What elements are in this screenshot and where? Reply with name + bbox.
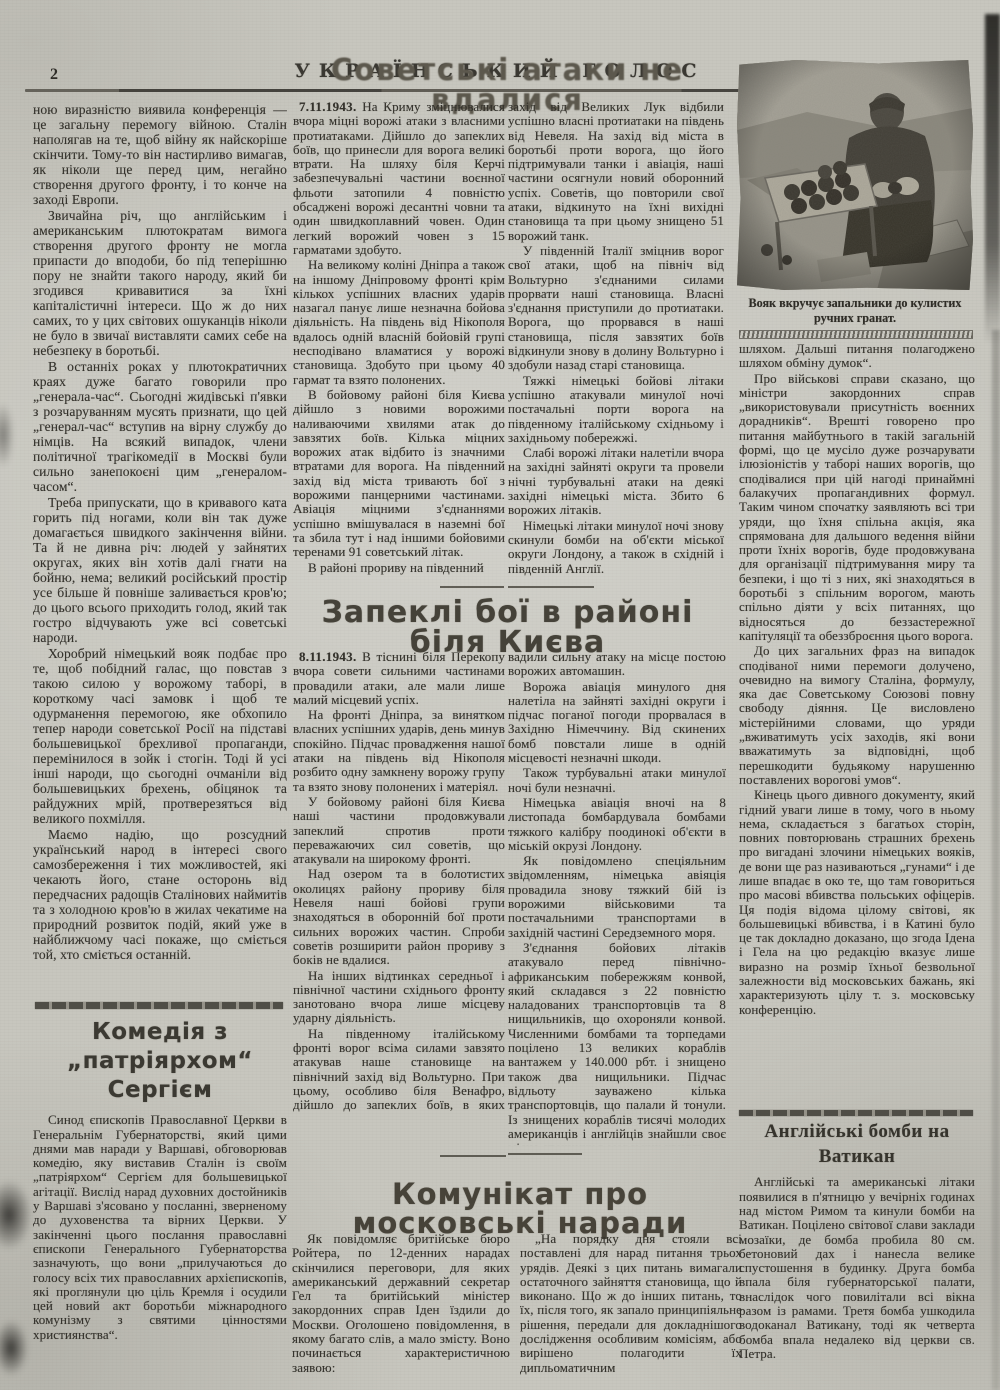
newspaper-page: 2 УКРАЇНСЬКИЙ ГОЛОС Ч. 58 (25) ною вираз… [0, 0, 1000, 1390]
kyiv-battles-col-right: вадили сильну атаку на місце постою воро… [508, 650, 726, 1146]
article-end-rule [508, 1153, 582, 1155]
comedy-headline: Комедія з „патріярхом“ Сергієм [33, 1018, 287, 1104]
paragraph: Маємо надію, що розсудний український на… [33, 827, 287, 962]
paragraph: Англійські та американські літаки появил… [739, 1175, 975, 1361]
paragraph: На інших відтинках середньої і північної… [293, 969, 505, 1026]
scan-blot-artifact [0, 1180, 32, 1250]
paragraph: Кінець цього дивного документу, який гід… [739, 788, 975, 1017]
paragraph: Ворожа авіація минулого дня налетіла на … [508, 680, 726, 766]
paragraph: На великому коліні Дніпра а також на інш… [293, 258, 505, 387]
soviet-attacks-col-right: захід від Великих Лук відбили успішно вл… [508, 100, 724, 578]
photo-caption: Вояк вкручує запальники до кулистих ручн… [735, 296, 975, 327]
moscow-communique-col-left: Як повідомляє бритійське бюро Ройтера, п… [292, 1232, 510, 1388]
scan-edge-artifact [992, 330, 1000, 1390]
article-end-rule [508, 586, 594, 588]
paragraph: Треба припускати, що в кривавого ката го… [33, 495, 287, 645]
paragraph: Німецькі літаки минулої ночі знову скину… [508, 519, 724, 576]
editorial-article: ною виразністю виявила конференція — це … [33, 102, 287, 990]
paragraph: захід від Великих Лук відбили успішно вл… [508, 100, 724, 243]
scan-blot-artifact [0, 1320, 28, 1376]
vatican-article: Англійські бомби на Ватикан Англійські т… [739, 1120, 975, 1388]
paragraph: Як повідомлено спеціяльним звідомленням,… [508, 854, 726, 940]
paragraph: Слабі ворожі літаки налетіли вчора на за… [508, 446, 724, 517]
paragraph: Також турбувальні атаки минулої ночі бул… [508, 766, 726, 795]
paragraph: Над озером та в болотистих околицях райо… [293, 867, 505, 967]
paragraph: У південній Італії зміцнив ворог свої ат… [508, 244, 724, 373]
article-date: 8.11.1943. [299, 650, 357, 664]
editorial-text: ною виразністю виявила конференція — це … [33, 102, 287, 962]
paragraph: „На порядку дня стояли всі поставлені дл… [520, 1232, 742, 1375]
moscow-communique-continuation: шляхом. Дальші питання полагоджено шляхо… [739, 342, 975, 1106]
paragraph: Звичайна річ, що англійським і американс… [33, 208, 287, 358]
vatican-text: Англійські та американські літаки появил… [739, 1175, 975, 1361]
paragraph: До цих загальних фраз на випадок сподіва… [739, 644, 975, 787]
article-end-rule [440, 1155, 506, 1157]
scan-blot-artifact [0, 402, 14, 468]
wavy-divider [739, 330, 973, 339]
article-lead: 8.11.1943. В тіснині біля Перекопу вчора… [293, 650, 505, 707]
vatican-headline: Англійські бомби на Ватикан [739, 1120, 975, 1169]
paragraph: Німецька авіація вночі на 8 листопада бо… [508, 796, 726, 853]
photo-soldier-grenades-image [737, 60, 973, 290]
article-lead: 7.11.1943. На Криму зміцнювалися вчора м… [293, 100, 505, 257]
comedy-text: Синод єпископів Православної Церкви в Ге… [33, 1113, 287, 1342]
paragraph: В районі прориву на південний [293, 561, 505, 575]
section-divider [739, 1110, 973, 1116]
kyiv-battles-headline: Запеклі бої в районі біля Києва [295, 598, 720, 658]
paragraph: У бойовому районі біля Києва наші частин… [293, 795, 505, 866]
paragraph: Як повідомляє бритійське бюро Ройтера, п… [292, 1232, 510, 1375]
paragraph: Про військові справи сказано, що міністр… [739, 372, 975, 644]
paragraph: Тяжкі німецькі бойові літаки успішно ата… [508, 374, 724, 445]
paragraph: На фронті Дніпра, за винятком власних ус… [293, 708, 505, 794]
kyiv-battles-col-left: 8.11.1943. В тіснині біля Перекопу вчора… [293, 650, 505, 1112]
paragraph: ною виразністю виявила конференція — це … [33, 102, 287, 207]
article-end-rule [440, 586, 504, 588]
comedy-article: Комедія з „патріярхом“ Сергієм Синод єпи… [33, 1018, 287, 1388]
section-divider [35, 1002, 283, 1009]
paragraph: вадили сильну атаку на місце постою воро… [508, 650, 726, 679]
photo-soldier-grenades [737, 60, 973, 290]
moscow-communique-col-right: „На порядку дня стояли всі поставлені дл… [520, 1232, 742, 1388]
soviet-attacks-col-left: 7.11.1943. На Криму зміцнювалися вчора м… [293, 100, 505, 586]
paragraph: З'єднання бойових літаків атакувало пере… [508, 941, 726, 1146]
article-date: 7.11.1943. [299, 100, 357, 114]
paragraph: В бойовому районі біля Києва дійшло з но… [293, 388, 505, 560]
paragraph: В останніх роках у плютократичних краях … [33, 359, 287, 494]
paragraph: шляхом. Дальші питання полагоджено шляхо… [739, 342, 975, 371]
paragraph: Хоробрий німецький вояк подбає про те, щ… [33, 646, 287, 826]
paragraph: На південному італійському фронті ворог … [293, 1027, 505, 1112]
moscow-communique-headline: Комунікат про московські наради [300, 1180, 740, 1238]
paragraph: Синод єпископів Православної Церкви в Ге… [33, 1113, 287, 1342]
